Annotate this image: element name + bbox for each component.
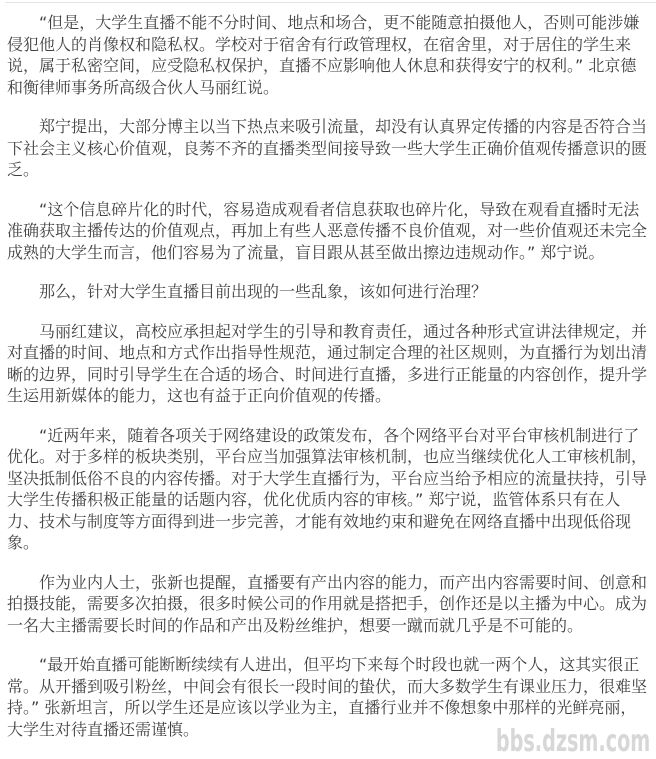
watermark-text: bbs.dzsm.com <box>496 727 650 757</box>
article-paragraph: “这个信息碎片化的时代，容易造成观看者信息获取也碎片化，导致在观看直播时无法准确… <box>7 199 651 264</box>
article-paragraph: “近两年来，随着各项关于网络建设的政策发布，各个网络平台对平台审核机制进行了优化… <box>7 425 651 554</box>
article-paragraph: 作为业内人士，张新也提醒，直播要有产出内容的能力，而产出内容需要时间、创意和拍摄… <box>7 572 651 637</box>
article-paragraph: 马丽红建议，高校应承担起对学生的引导和教育责任，通过各种形式宣讲法律规定，并对直… <box>7 321 651 407</box>
top-divider <box>5 2 656 3</box>
article-paragraph: “但是，大学生直播不能不分时间、地点和场合，更不能随意拍摄他人，否则可能涉嫌侵犯… <box>7 12 651 98</box>
article-body: “但是，大学生直播不能不分时间、地点和场合，更不能随意拍摄他人，否则可能涉嫌侵犯… <box>0 0 656 740</box>
article-page: “但是，大学生直播不能不分时间、地点和场合，更不能随意拍摄他人，否则可能涉嫌侵犯… <box>0 0 656 759</box>
article-paragraph: 郑宁提出，大部分博主以当下热点来吸引流量，却没有认真界定传播的内容是否符合当下社… <box>7 116 651 181</box>
article-paragraph: 那么，针对大学生直播目前出现的一些乱象，该如何进行治理？ <box>7 281 651 303</box>
